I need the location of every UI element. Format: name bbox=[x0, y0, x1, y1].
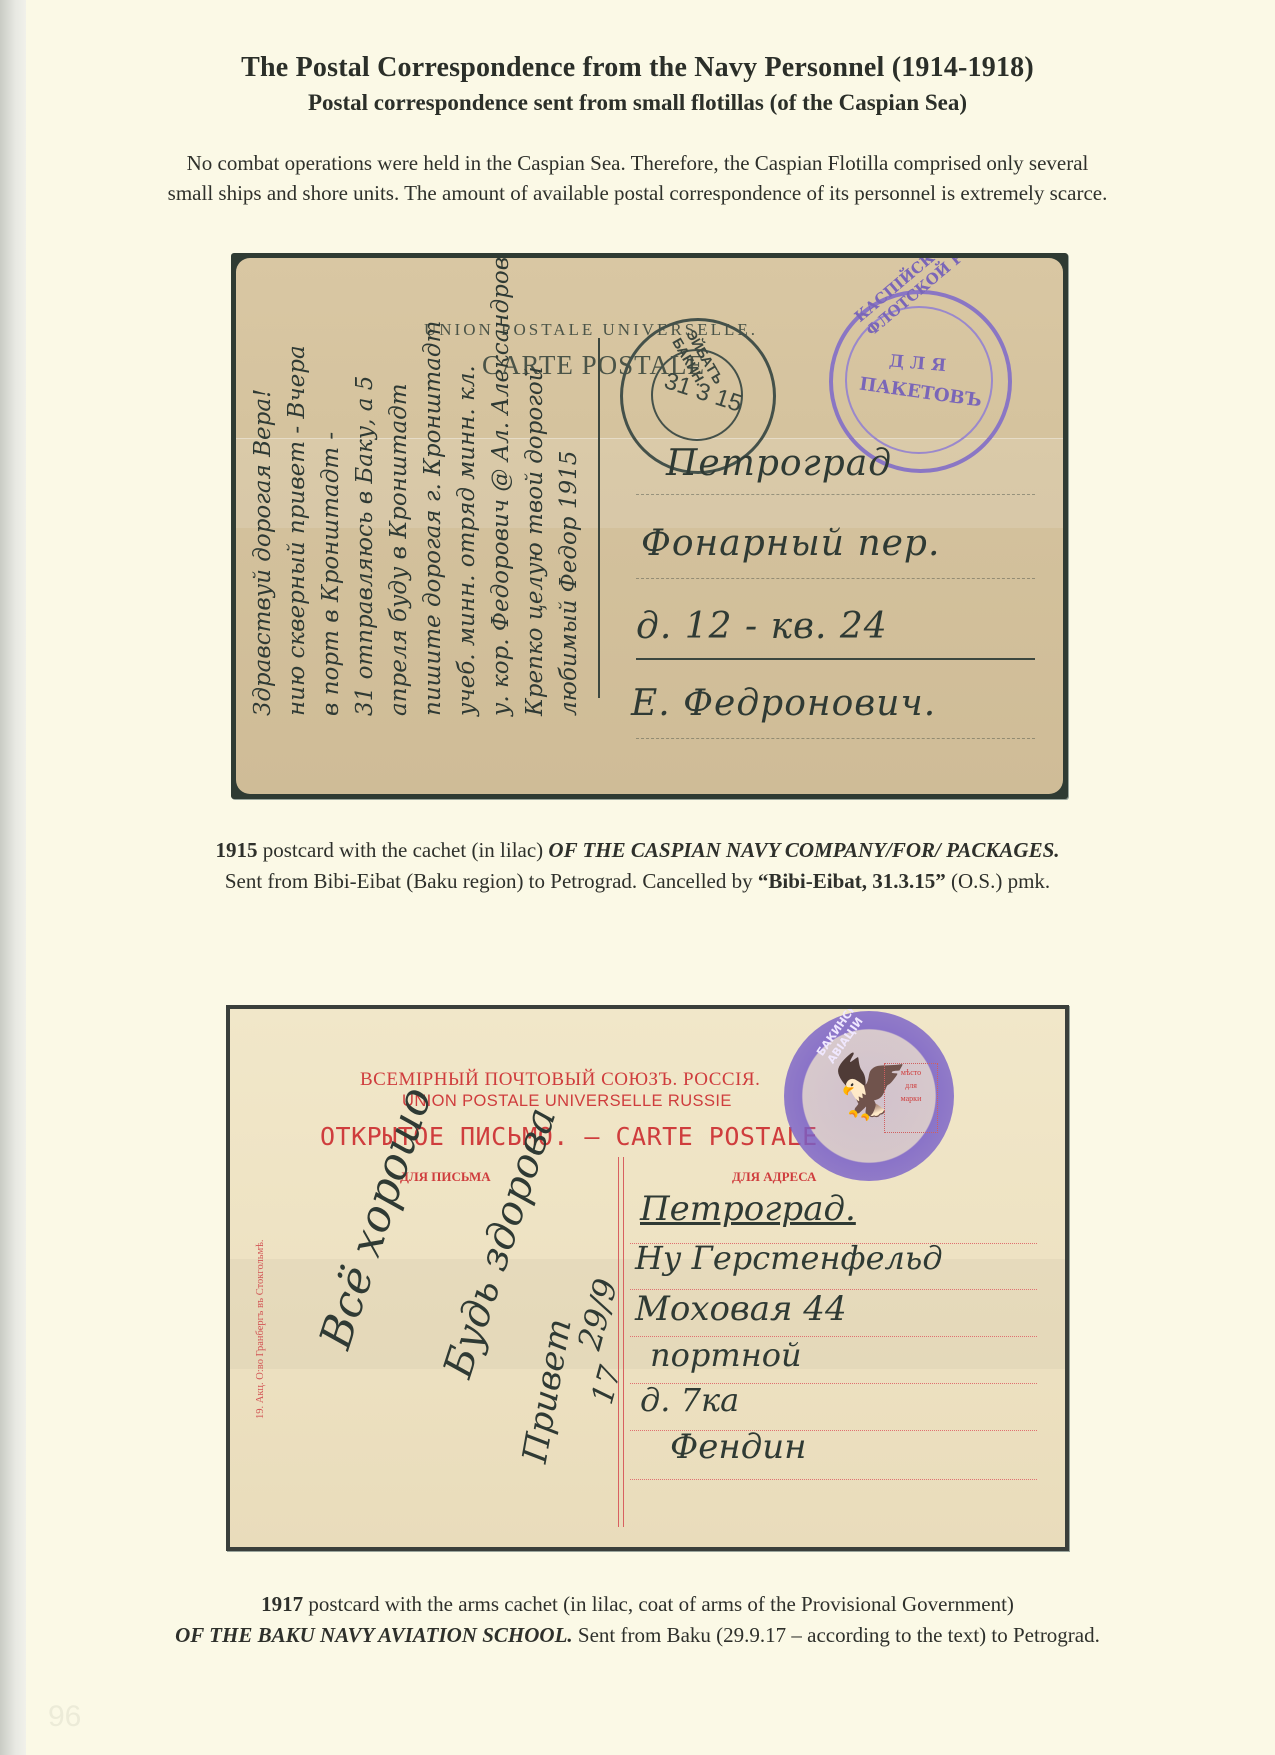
handwritten-message: Здравствуй дорогая Вера! нию скверный пр… bbox=[256, 276, 596, 716]
intro-text: No combat operations were held in the Ca… bbox=[60, 148, 1215, 208]
page-title: The Postal Correspondence from the Navy … bbox=[0, 52, 1275, 84]
printed-line-1: ВСЕМІРНЫЙ ПОЧТОВЫЙ СОЮЗЪ. РОССІЯ. bbox=[360, 1069, 760, 1091]
caption-text: postcard with the arms cachet (in lilac,… bbox=[303, 1592, 1014, 1616]
caption-year: 1917 bbox=[261, 1592, 303, 1616]
caption-text: (O.S.) pmk. bbox=[946, 869, 1050, 893]
printed-line-2: UNION POSTALE UNIVERSELLE RUSSIE bbox=[402, 1092, 732, 1111]
message-line: учеб. минн. отряд минн. кл. bbox=[454, 365, 480, 716]
message-line: Крепко целую твой дорогой bbox=[522, 367, 548, 717]
message-line: пишите дорогая г. Кронштадт bbox=[420, 321, 446, 716]
address-line: портной bbox=[650, 1336, 802, 1374]
postcard-2: ВСЕМІРНЫЙ ПОЧТОВЫЙ СОЮЗЪ. РОССІЯ. UNION … bbox=[230, 1009, 1065, 1547]
caption-text: Sent from Baku (29.9.17 – according to t… bbox=[573, 1623, 1100, 1647]
aviation-school-cachet: 🦅 мѣсто для марки БАКИНСКАЯ ШКОЛА МОРСКО… bbox=[784, 1011, 954, 1181]
postcard-2-mount[interactable]: ВСЕМІРНЫЙ ПОЧТОВЫЙ СОЮЗЪ. РОССІЯ. UNION … bbox=[226, 1005, 1069, 1551]
message-line: 31 отправляюсь в Баку, а 5 bbox=[352, 376, 378, 716]
caption-text: postcard with the cachet (in lilac) bbox=[257, 838, 548, 862]
page-subtitle: Postal correspondence sent from small fl… bbox=[0, 90, 1275, 116]
address-line: Петроград bbox=[666, 443, 892, 484]
message-line: любимый Федор 1915 bbox=[556, 451, 582, 716]
postcard-1-caption: 1915 postcard with the cachet (in lilac)… bbox=[40, 835, 1235, 897]
album-page-edge bbox=[0, 0, 26, 1755]
address-side-label: ДЛЯ АДРЕСА bbox=[732, 1169, 816, 1185]
address-line: Моховая 44 bbox=[635, 1289, 847, 1329]
address-line: Фонарный пер. bbox=[641, 523, 940, 564]
message-line: нию скверный привет - Вчера bbox=[284, 345, 310, 716]
printer-imprint: 19. Акц. О:во Гранбергъ въ Стокгольмѣ. bbox=[252, 1169, 266, 1419]
address-rule bbox=[636, 578, 1035, 579]
divider-line bbox=[618, 1157, 619, 1527]
divider-line bbox=[598, 338, 600, 698]
address-line: Петроград. bbox=[640, 1189, 856, 1229]
caption-emphasis: OF THE BAKU NAVY AVIATION SCHOOL. bbox=[175, 1623, 573, 1647]
address-rule bbox=[636, 658, 1035, 660]
imprint-text: 19. Акц. О:во Гранбергъ въ Стокгольмѣ. bbox=[255, 1239, 266, 1419]
caption-line-2: Sent from Bibi-Eibat (Baku region) to Pe… bbox=[40, 866, 1235, 897]
message-line: Здравствуй дорогая Вера! bbox=[250, 389, 276, 716]
address-line: Ну Герстенфельд bbox=[635, 1239, 943, 1277]
caption-year: 1915 bbox=[215, 838, 257, 862]
intro-line-2: small ships and shore units. The amount … bbox=[60, 178, 1215, 208]
caption-line-1: 1917 postcard with the arms cachet (in l… bbox=[40, 1589, 1235, 1620]
stamp-box-text: марки bbox=[885, 1094, 937, 1103]
stamp-box-text: для bbox=[885, 1081, 937, 1090]
caption-emphasis: OF THE CASPIAN NAVY COMPANY/FOR/ PACKAGE… bbox=[548, 838, 1059, 862]
address-line: д. 7ка bbox=[640, 1381, 739, 1419]
address-line: Е. Федронович. bbox=[631, 683, 936, 724]
address-rule bbox=[636, 494, 1035, 495]
divider-line bbox=[623, 1157, 624, 1527]
message-line: у. кор. Федорович @ Ал. Александров bbox=[488, 258, 514, 716]
address-line: Фендин bbox=[670, 1427, 807, 1467]
message-line: апреля буду в Кронштадт bbox=[386, 383, 412, 716]
caption-postmark: “Bibi-Eibat, 31.3.15” bbox=[758, 869, 946, 893]
stamp-place-box: мѣсто для марки bbox=[884, 1063, 938, 1133]
postcard-2-caption: 1917 postcard with the arms cachet (in l… bbox=[40, 1589, 1235, 1651]
stamp-box-text: мѣсто bbox=[885, 1068, 937, 1077]
address-line: д. 12 - кв. 24 bbox=[636, 606, 888, 647]
caption-line-2: OF THE BAKU NAVY AVIATION SCHOOL. Sent f… bbox=[40, 1620, 1235, 1651]
page-number: 96 bbox=[48, 1700, 81, 1734]
address-rule bbox=[636, 738, 1035, 739]
postcard-1: UNION POSTALE UNIVERSELLE. CARTE POSTALE… bbox=[236, 258, 1063, 794]
message-line: в порт в Кронштадт - bbox=[318, 432, 344, 716]
intro-line-1: No combat operations were held in the Ca… bbox=[60, 148, 1215, 178]
address-rule bbox=[630, 1479, 1037, 1480]
caption-text: Sent from Bibi-Eibat (Baku region) to Pe… bbox=[225, 869, 758, 893]
postcard-1-mount[interactable]: UNION POSTALE UNIVERSELLE. CARTE POSTALE… bbox=[231, 253, 1068, 799]
caption-line-1: 1915 postcard with the cachet (in lilac)… bbox=[40, 835, 1235, 866]
